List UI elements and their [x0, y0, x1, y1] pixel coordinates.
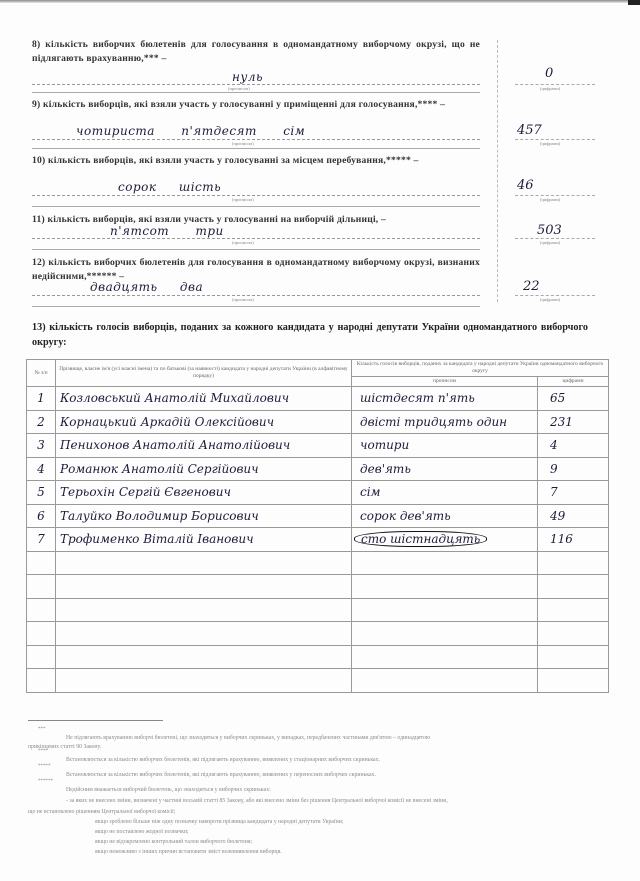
item-11-digits-line: 503	[515, 225, 595, 239]
header-votes-words: прописом	[352, 377, 538, 387]
candidate-name: Пенихонов Анатолій Анатолійович	[56, 434, 352, 458]
table-row	[27, 669, 609, 693]
table-row: 2Корнацький Аркадій Олексійовичдвісті тр…	[27, 410, 609, 434]
candidate-name: Козловський Анатолій Михайлович	[56, 387, 352, 411]
footnote-marker: ***	[38, 726, 430, 734]
item-10-in-words: сорок шість	[118, 180, 221, 194]
divider	[32, 79, 480, 93]
footnote-line: - за яких не внесено зміни, визначені у …	[66, 797, 448, 805]
footnote-text: якщо не відокремлено контрольний талон в…	[95, 838, 252, 846]
footnote-rule	[28, 720, 163, 721]
header-number: № з/п	[27, 360, 56, 387]
divider	[32, 193, 480, 207]
item-10-digits-caption: (цифрами)	[540, 197, 560, 202]
footnote-line: ***Не підлягають врахуванню виборчі бюле…	[42, 726, 430, 742]
divider	[32, 236, 480, 250]
votes-in-digits: 65	[538, 387, 609, 411]
item-12-digits-caption: (цифрами)	[540, 297, 560, 302]
candidate-name: Романюк Анатолій Сергійович	[56, 457, 352, 481]
candidate-name: Талуйко Володимир Борисович	[56, 504, 352, 528]
item-9-digits-caption: (цифрами)	[540, 141, 560, 146]
item-10: 10) кількість виборців, які взяли участь…	[32, 154, 480, 168]
header-candidate-name: Прізвище, власне ім'я (усі власні імена)…	[56, 360, 352, 387]
item-10-in-digits: 46	[517, 178, 534, 193]
footnote-line: якщо не поставлено жодної позначки;	[95, 828, 189, 836]
votes-in-words	[352, 551, 538, 575]
footnote-line: якщо не відокремлено контрольний талон в…	[95, 838, 252, 846]
item-8: 8) кількість виборчих бюлетенів для голо…	[32, 38, 480, 66]
footnote-line: якщо зроблено більше ніж одну позначку н…	[95, 818, 343, 826]
item-9-digits-line: 457	[515, 126, 595, 140]
footnote-text: - за яких не внесено зміни, визначені у …	[66, 797, 448, 805]
footnote-marker: ****	[38, 748, 380, 756]
row-number	[27, 645, 56, 669]
table-row: 7Трофименко Віталій Івановичсто шістнадц…	[27, 528, 609, 552]
item-10-digits-line: 46	[515, 182, 595, 196]
footnote-line: ****Встановлюється за кількістю виборчих…	[42, 748, 380, 764]
footnote-marker: *****	[38, 763, 376, 771]
votes-in-digits	[538, 645, 609, 669]
candidate-name	[56, 622, 352, 646]
candidate-votes-table: № з/п Прізвище, власне ім'я (усі власні …	[26, 359, 609, 693]
footnote-text: Не підлягають врахуванню виборчі бюлетен…	[42, 734, 430, 742]
section-13-title: 13) кількість голосів виборців, поданих …	[32, 320, 588, 350]
row-number: 5	[27, 481, 56, 505]
table-row: 5Терьохін Сергій Євгеновичсім7	[27, 481, 609, 505]
votes-in-digits	[538, 622, 609, 646]
table-row	[27, 622, 609, 646]
votes-in-digits: 116	[538, 528, 609, 552]
candidate-name	[56, 645, 352, 669]
row-number	[27, 598, 56, 622]
votes-in-words: двісті тридцять один	[352, 410, 538, 434]
row-number	[27, 622, 56, 646]
votes-in-digits: 7	[538, 481, 609, 505]
header-votes-group: Кількість голосів виборців, поданих за к…	[352, 360, 609, 377]
row-number: 6	[27, 504, 56, 528]
item-8-in-digits: 0	[545, 66, 553, 81]
table-body: 1Козловський Анатолій Михайловичшістдеся…	[27, 387, 609, 693]
corner-mark	[628, 0, 640, 5]
footnote-line: що не встановлено рішенням Центральної в…	[28, 808, 175, 816]
votes-in-digits: 4	[538, 434, 609, 458]
row-number	[27, 551, 56, 575]
votes-in-digits	[538, 551, 609, 575]
votes-in-words: чотири	[352, 434, 538, 458]
votes-in-digits	[538, 669, 609, 693]
footnote-line: якщо неможливо з інших причин встановити…	[95, 848, 282, 856]
item-12-digits-line: 22	[515, 282, 595, 296]
row-number: 2	[27, 410, 56, 434]
candidate-name: Трофименко Віталій Іванович	[56, 528, 352, 552]
table-row: 4Романюк Анатолій Сергійовичдев'ять9	[27, 457, 609, 481]
footnote-marker: ******	[38, 778, 271, 786]
votes-in-words: шістдесят п'ять	[352, 387, 538, 411]
votes-in-digits	[538, 575, 609, 599]
votes-in-words	[352, 622, 538, 646]
votes-in-digits: 231	[538, 410, 609, 434]
header-votes-digits: цифрами	[538, 377, 609, 387]
item-11-digits-caption: (цифрами)	[540, 240, 560, 245]
divider	[32, 293, 480, 307]
item-12-in-digits: 22	[523, 279, 540, 294]
page-top-edge	[0, 0, 640, 3]
footnote-text: якщо зроблено більше ніж одну позначку н…	[95, 818, 343, 826]
item-10-question: 10) кількість виборців, які взяли участь…	[32, 154, 480, 168]
row-number: 3	[27, 434, 56, 458]
table-row	[27, 551, 609, 575]
candidate-name: Терьохін Сергій Євгенович	[56, 481, 352, 505]
divider	[32, 135, 480, 149]
table-row	[27, 645, 609, 669]
row-number: 7	[27, 528, 56, 552]
votes-in-words	[352, 598, 538, 622]
item-9-question: 9) кількість виборців, які взяли участь …	[32, 98, 480, 112]
table-row	[27, 598, 609, 622]
row-number	[27, 575, 56, 599]
candidate-name	[56, 551, 352, 575]
item-8-digits-caption: (цифрами)	[540, 86, 560, 91]
footnote-text: якщо неможливо з інших причин встановити…	[95, 848, 282, 856]
item-11-in-digits: 503	[537, 223, 562, 238]
footnote-text: що не встановлено рішенням Центральної в…	[28, 808, 175, 816]
row-number: 4	[27, 457, 56, 481]
row-number: 1	[27, 387, 56, 411]
footnote-line: ******Недійсним вважається виборчий бюле…	[42, 778, 271, 794]
table-row: 3Пенихонов Анатолій Анатолійовиччотири4	[27, 434, 609, 458]
votes-in-words: сім	[352, 481, 538, 505]
candidate-name	[56, 575, 352, 599]
footnote-text: якщо не поставлено жодної позначки;	[95, 828, 189, 836]
candidate-name	[56, 669, 352, 693]
votes-in-digits: 9	[538, 457, 609, 481]
item-12-in-words: двадцять два	[90, 280, 203, 294]
votes-in-words: сорок дев'ять	[352, 504, 538, 528]
votes-in-words	[352, 669, 538, 693]
table-row: 6Талуйко Володимир Борисовичсорок дев'ят…	[27, 504, 609, 528]
item-9-in-digits: 457	[517, 123, 542, 138]
votes-in-digits	[538, 598, 609, 622]
footnote-line: *****Встановлюється за кількістю виборчи…	[42, 763, 376, 779]
votes-in-words: дев'ять	[352, 457, 538, 481]
item-9: 9) кількість виборців, які взяли участь …	[32, 98, 480, 112]
item-8-question: 8) кількість виборчих бюлетенів для голо…	[32, 38, 480, 66]
row-number	[27, 669, 56, 693]
footnote-text: Недійсним вважається виборчий бюлетень, …	[42, 786, 271, 794]
table-row: 1Козловський Анатолій Михайловичшістдеся…	[27, 387, 609, 411]
candidate-name: Корнацький Аркадій Олексійович	[56, 410, 352, 434]
votes-in-words: сто шістнадцять	[352, 528, 538, 552]
table-row	[27, 575, 609, 599]
votes-in-words	[352, 645, 538, 669]
votes-in-words	[352, 575, 538, 599]
circled-votes-in-words: сто шістнадцять	[354, 531, 487, 547]
column-separator	[497, 40, 498, 302]
candidate-name	[56, 598, 352, 622]
votes-in-digits: 49	[538, 504, 609, 528]
item-8-digits-line: 0	[515, 71, 595, 85]
